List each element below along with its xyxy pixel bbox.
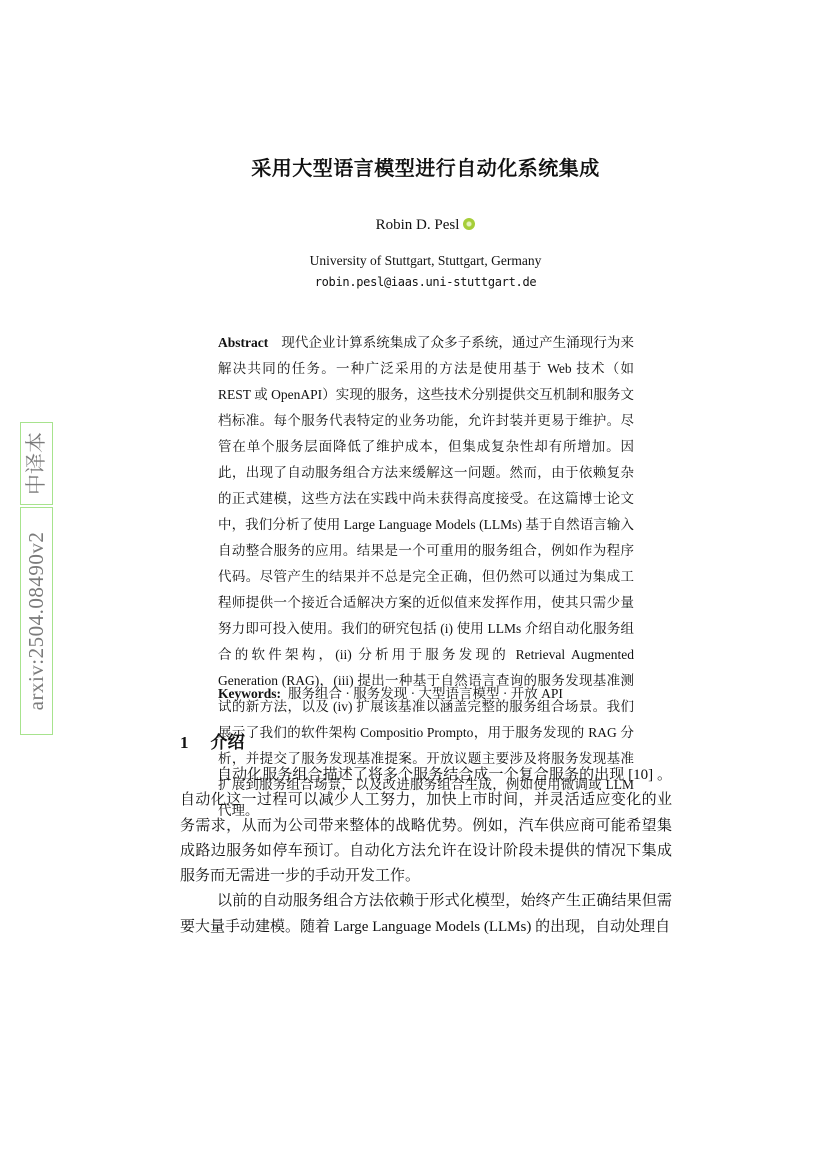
paper-title: 采用大型语言模型进行自动化系统集成 <box>180 154 671 184</box>
paper-page: 中译本 arxiv:2504.08490v2 采用大型语言模型进行自动化系统集成… <box>0 0 826 1169</box>
email: robin.pesl@iaas.uni-stuttgart.de <box>180 274 671 290</box>
keywords-label: Keywords: <box>218 686 281 701</box>
section-heading: 1介绍 <box>180 731 671 755</box>
paragraph: 自动化服务组合描述了将多个服务结合成一个复合服务的出现 [10] 。自动化这一过… <box>180 763 672 889</box>
section-number: 1 <box>180 733 189 752</box>
body-text: 自动化服务组合描述了将多个服务结合成一个复合服务的出现 [10] 。自动化这一过… <box>180 763 672 940</box>
watermark-arxiv-id: arxiv:2504.08490v2 <box>20 507 53 735</box>
keywords-line: Keywords:服务组合 · 服务发现 · 大型语言模型 · 开放 API <box>218 684 634 704</box>
watermark-label-box: 中译本 <box>20 422 53 505</box>
author-line: Robin D. Pesl <box>180 216 671 234</box>
affiliation: University of Stuttgart, Stuttgart, Germ… <box>180 253 671 269</box>
orcid-icon[interactable] <box>463 218 475 230</box>
watermark-arxiv-box: arxiv:2504.08490v2 <box>20 507 53 735</box>
section-title: 介绍 <box>211 733 245 752</box>
watermark-label: 中译本 <box>20 422 53 505</box>
author-name: Robin D. Pesl <box>376 217 460 233</box>
abstract-label: Abstract <box>218 335 268 350</box>
keywords-text: 服务组合 · 服务发现 · 大型语言模型 · 开放 API <box>288 686 563 701</box>
paragraph: 以前的自动服务组合方法依赖于形式化模型，始终产生正确结果但需要大量手动建模。随着… <box>180 889 672 940</box>
